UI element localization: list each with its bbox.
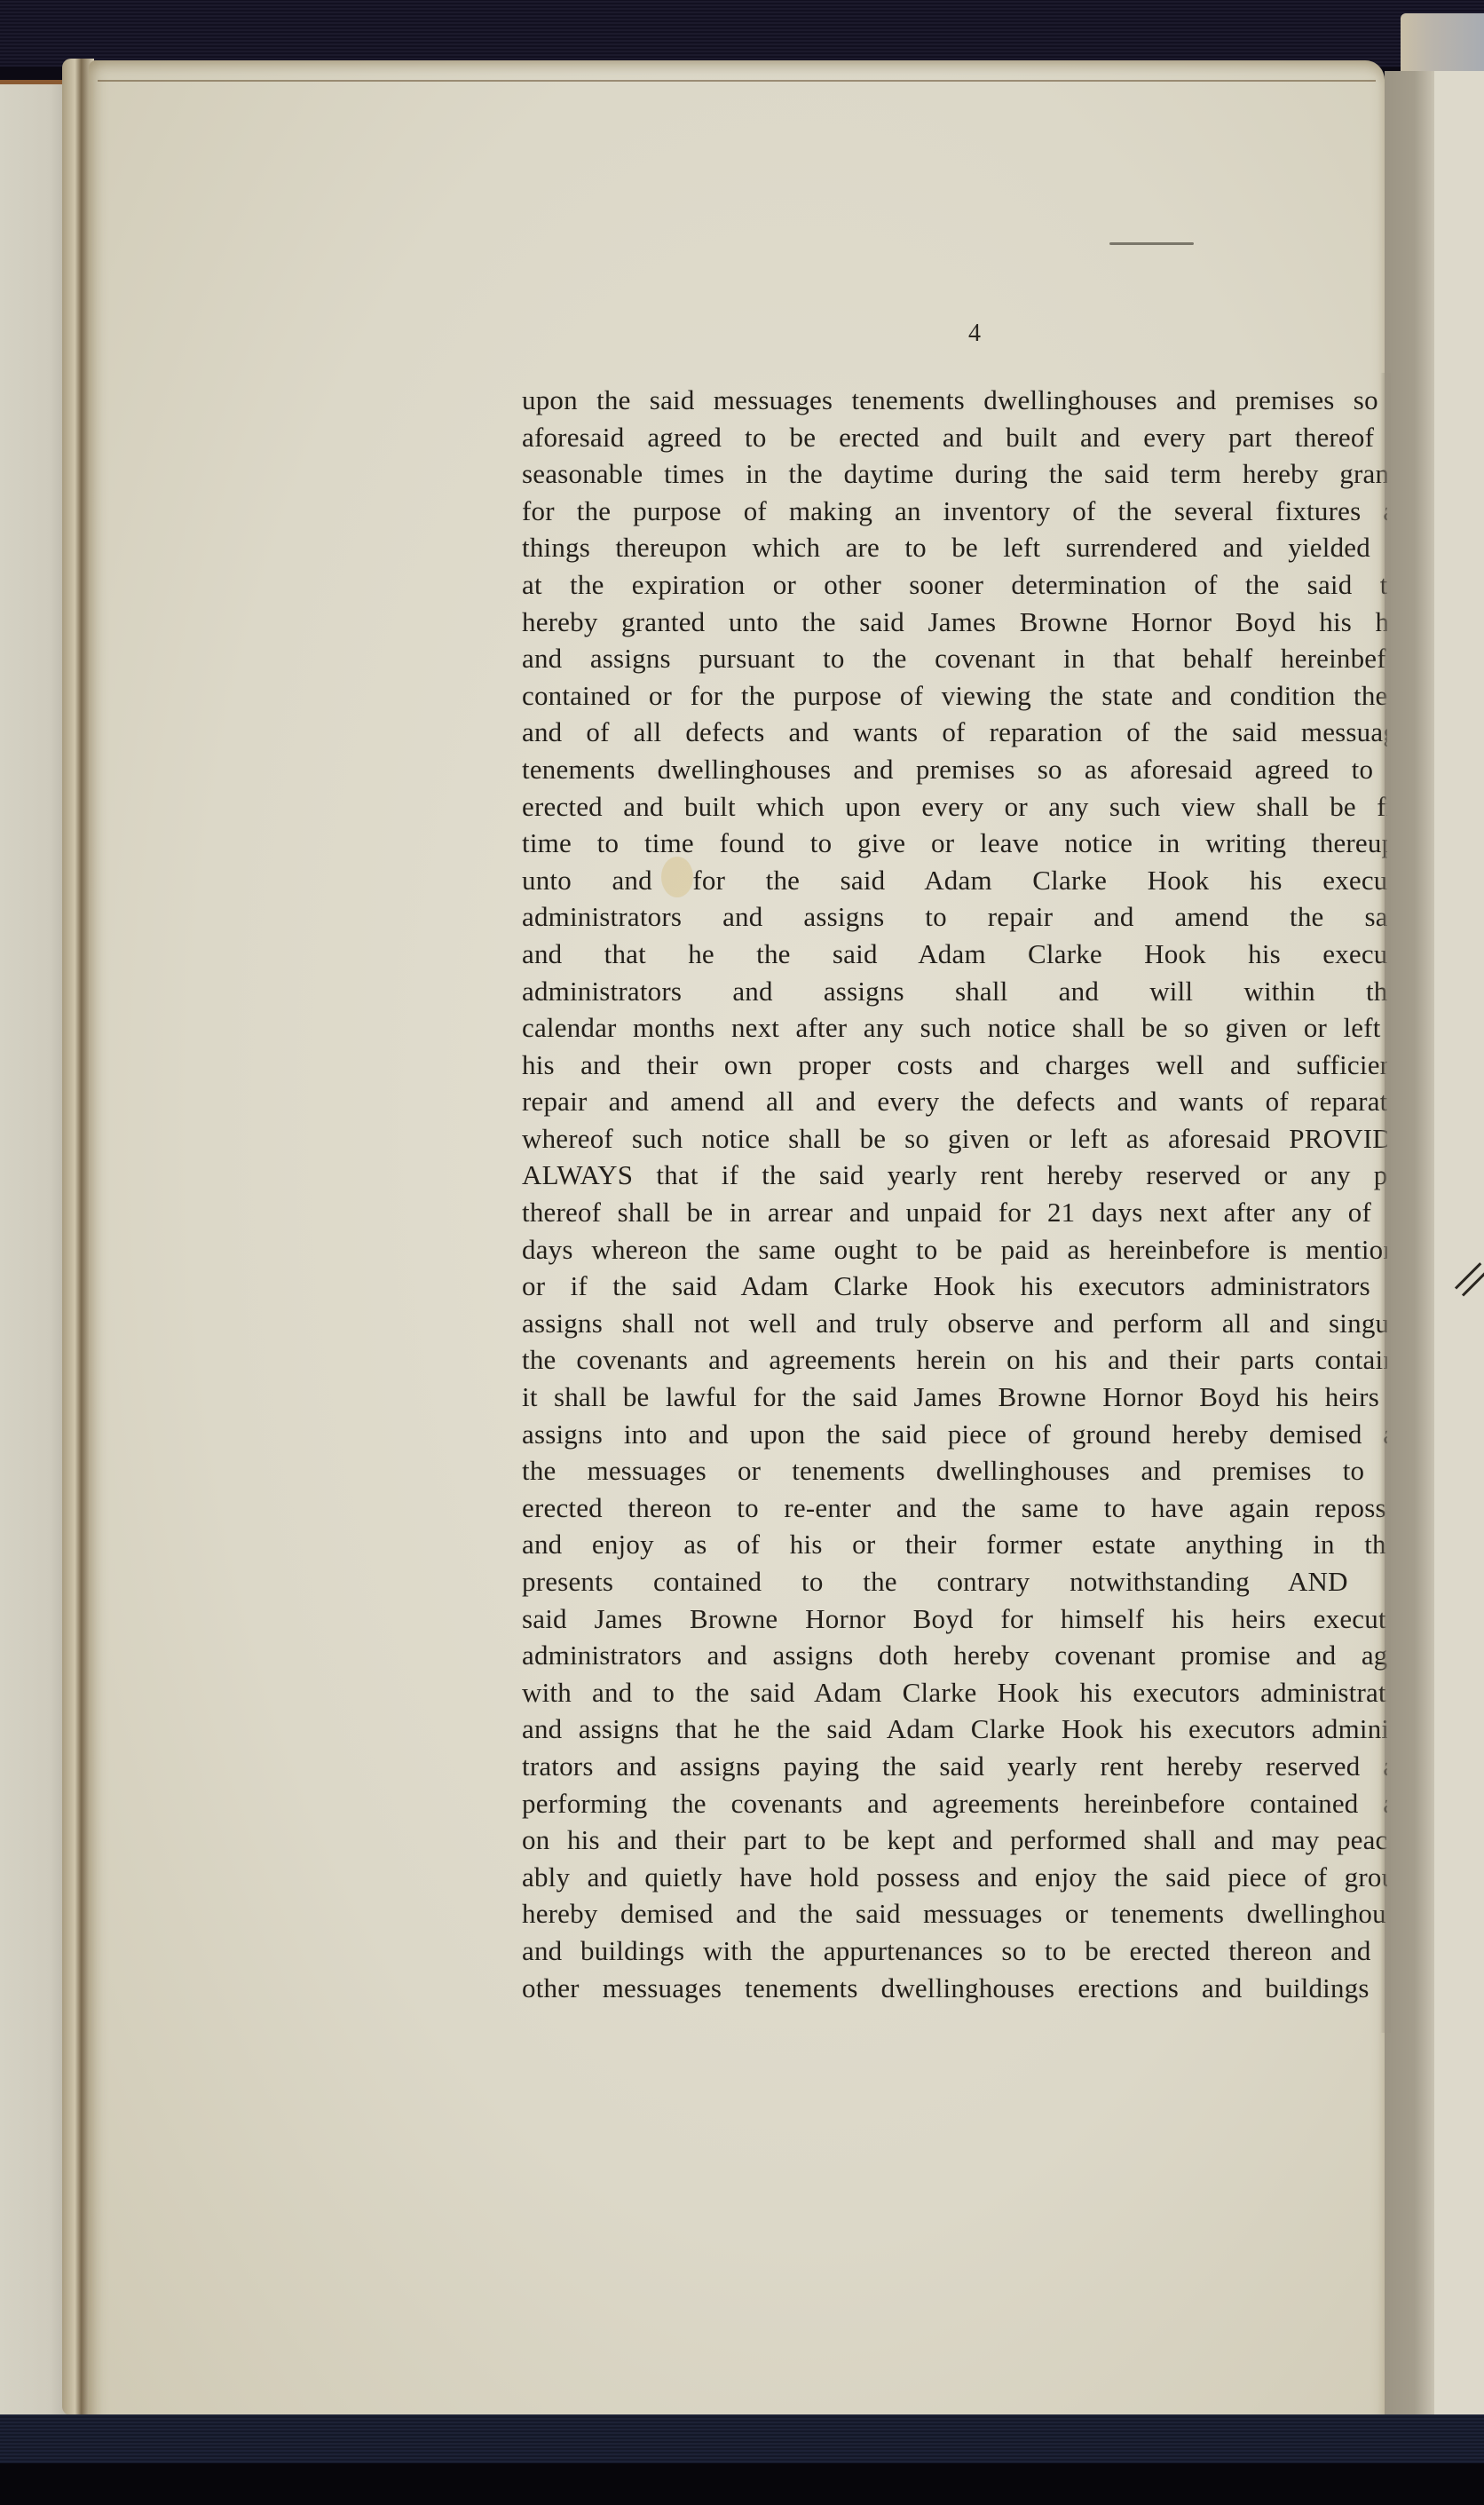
text-line: and of all defects and wants of reparati… — [522, 714, 1387, 751]
text-line: assigns shall not well and truly observe… — [522, 1305, 1387, 1342]
left-facing-page — [0, 84, 71, 2428]
text-line: seasonable times in the daytime during t… — [522, 455, 1387, 493]
text-line: and that he the said Adam Clarke Hook hi… — [522, 936, 1387, 973]
text-line: other messuages tenements dwellinghouses… — [522, 1970, 1387, 2007]
text-line: days whereon the same ought to be paid a… — [522, 1231, 1387, 1268]
text-line: or if the said Adam Clarke Hook his exec… — [522, 1268, 1387, 1305]
page-number: 4 — [966, 320, 983, 348]
text-line: for the purpose of making an inventory o… — [522, 493, 1387, 530]
text-line: on his and their part to be kept and per… — [522, 1821, 1387, 1859]
text-line: the messuages or tenements dwellinghouse… — [522, 1452, 1387, 1490]
text-line: and enjoy as of his or their former esta… — [522, 1526, 1387, 1563]
pencil-mark — [1109, 242, 1194, 245]
text-line: ably and quietly have hold possess and e… — [522, 1859, 1387, 1896]
text-line: presents contained to the contrary notwi… — [522, 1563, 1387, 1600]
text-line: erected and built which upon every or an… — [522, 788, 1387, 826]
text-line: ALWAYS that if the said yearly rent here… — [522, 1157, 1387, 1194]
text-line: administrators and assigns shall and wil… — [522, 973, 1387, 1010]
text-line: calendar months next after any such noti… — [522, 1009, 1387, 1047]
text-line: his and their own proper costs and charg… — [522, 1047, 1387, 1084]
text-line: time to time found to give or leave noti… — [522, 825, 1387, 862]
text-gutter-fade — [1380, 373, 1391, 2033]
text-line: and assigns that he the said Adam Clarke… — [522, 1711, 1387, 1748]
gutter-shadow — [1385, 71, 1434, 2432]
text-line: it shall be lawful for the said James Br… — [522, 1379, 1387, 1416]
text-line: assigns into and upon the said piece of … — [522, 1416, 1387, 1453]
right-page-tab — [1401, 13, 1484, 75]
text-line: administrators and assigns doth hereby c… — [522, 1637, 1387, 1674]
text-line: hereby demised and the said messuages or… — [522, 1895, 1387, 1932]
bottom-shadow — [0, 2463, 1484, 2505]
text-line: administrators and assigns to repair and… — [522, 898, 1387, 936]
body-text: upon the said messuages tenements dwelli… — [522, 382, 1387, 2024]
text-line: erected thereon to re-enter and the same… — [522, 1490, 1387, 1527]
text-line: and assigns pursuant to the covenant in … — [522, 640, 1387, 677]
text-line: with and to the said Adam Clarke Hook hi… — [522, 1674, 1387, 1711]
page-top-rule — [98, 80, 1376, 82]
text-line: the covenants and agreements herein on h… — [522, 1341, 1387, 1379]
text-line: unto and for the said Adam Clarke Hook h… — [522, 862, 1387, 899]
text-line: upon the said messuages tenements dwelli… — [522, 382, 1387, 419]
text-line: hereby granted unto the said James Brown… — [522, 604, 1387, 641]
binding-cloth-top — [0, 0, 1484, 67]
text-line: tenements dwellinghouses and premises so… — [522, 751, 1387, 788]
text-line: at the expiration or other sooner determ… — [522, 566, 1387, 604]
text-line: trators and assigns paying the said year… — [522, 1748, 1387, 1785]
text-line: repair and amend all and every the defec… — [522, 1083, 1387, 1120]
text-line: and buildings with the appurtenances so … — [522, 1932, 1387, 1970]
text-line: aforesaid agreed to be erected and built… — [522, 419, 1387, 456]
text-line: contained or for the purpose of viewing … — [522, 677, 1387, 715]
text-line: thereof shall be in arrear and unpaid fo… — [522, 1194, 1387, 1231]
text-line: performing the covenants and agreements … — [522, 1785, 1387, 1822]
text-line: things thereupon which are to be left su… — [522, 529, 1387, 566]
text-line: said James Browne Hornor Boyd for himsel… — [522, 1600, 1387, 1638]
text-line: whereof such notice shall be so given or… — [522, 1120, 1387, 1158]
